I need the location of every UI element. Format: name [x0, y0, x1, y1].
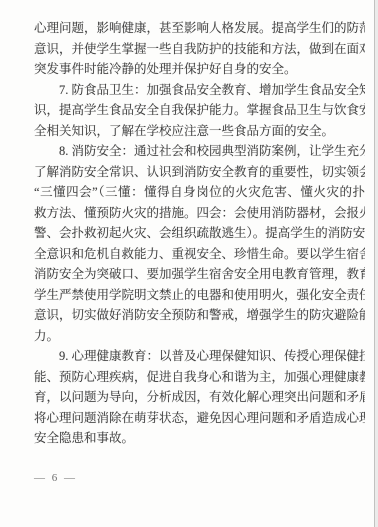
text-line: 7. 防食品卫生：加强食品安全教育、增加学生食品安全知 — [34, 80, 365, 101]
text-line: 学生严禁使用学院明文禁止的电器和使用明火，强化安全责任 — [34, 285, 365, 306]
text-line: 心理问题，影响健康，甚至影响人格发展。提高学生们的防范 — [34, 18, 365, 39]
text-line: 全意识和危机自救能力、重视安全、珍惜生命。要以学生宿舍 — [34, 244, 365, 265]
text-line: 育，以问题为导向，分析成因，有效化解心理突出问题和矛盾， — [34, 387, 365, 408]
text-line: 突发事件时能冷静的处理并保护好自身的安全。 — [34, 59, 365, 80]
text-line: 意识，切实做好消防安全预防和警戒，增强学生的防灾避险能 — [34, 305, 365, 326]
text-line: 将心理问题消除在萌芽状态，避免因心理问题和矛盾造成心理 — [34, 408, 365, 429]
text-line: 9. 心理健康教育：以普及心理保健知识、传授心理保健技 — [34, 346, 365, 367]
text-line: 意识，并使学生掌握一些自我防护的技能和方法，做到在面对 — [34, 39, 365, 60]
text-line: 安全隐患和事故。 — [34, 428, 365, 449]
text-line: 识，提高学生食品安全自我保护能力。掌握食品卫生与饮食安 — [34, 100, 365, 121]
text-line: 力。 — [34, 326, 365, 347]
text-line: 8. 消防安全：通过社会和校园典型消防案例，让学生充分 — [34, 141, 365, 162]
text-line: 警、会扑救初起火灾、会组织疏散逃生）。提高学生的消防安 — [34, 223, 365, 244]
text-line: 能、预防心理疾病，促进自我身心和谐为主，加强心理健康教 — [34, 367, 365, 388]
text-line: 全相关知识，了解在学校应注意一些食品方面的安全。 — [34, 121, 365, 142]
body-text: 心理问题，影响健康，甚至影响人格发展。提高学生们的防范 意识，并使学生掌握一些自… — [34, 18, 365, 449]
scanned-page: 心理问题，影响健康，甚至影响人格发展。提高学生们的防范 意识，并使学生掌握一些自… — [0, 0, 378, 527]
text-line: “三懂四会”（三懂：懂得自身岗位的火灾危害、懂火灾的扑 — [34, 182, 365, 203]
text-line: 了解消防安全常识、认识到消防安全教育的重要性，切实领会 — [34, 162, 365, 183]
text-line: 消防安全为突破口、要加强学生宿舍安全用电教育管理，教育 — [34, 264, 365, 285]
page-number: — 6 — — [34, 472, 77, 484]
scan-edge-shadow — [374, 0, 378, 527]
text-line: 救方法、懂预防火灾的措施。四会：会使用消防器材，会报火 — [34, 203, 365, 224]
